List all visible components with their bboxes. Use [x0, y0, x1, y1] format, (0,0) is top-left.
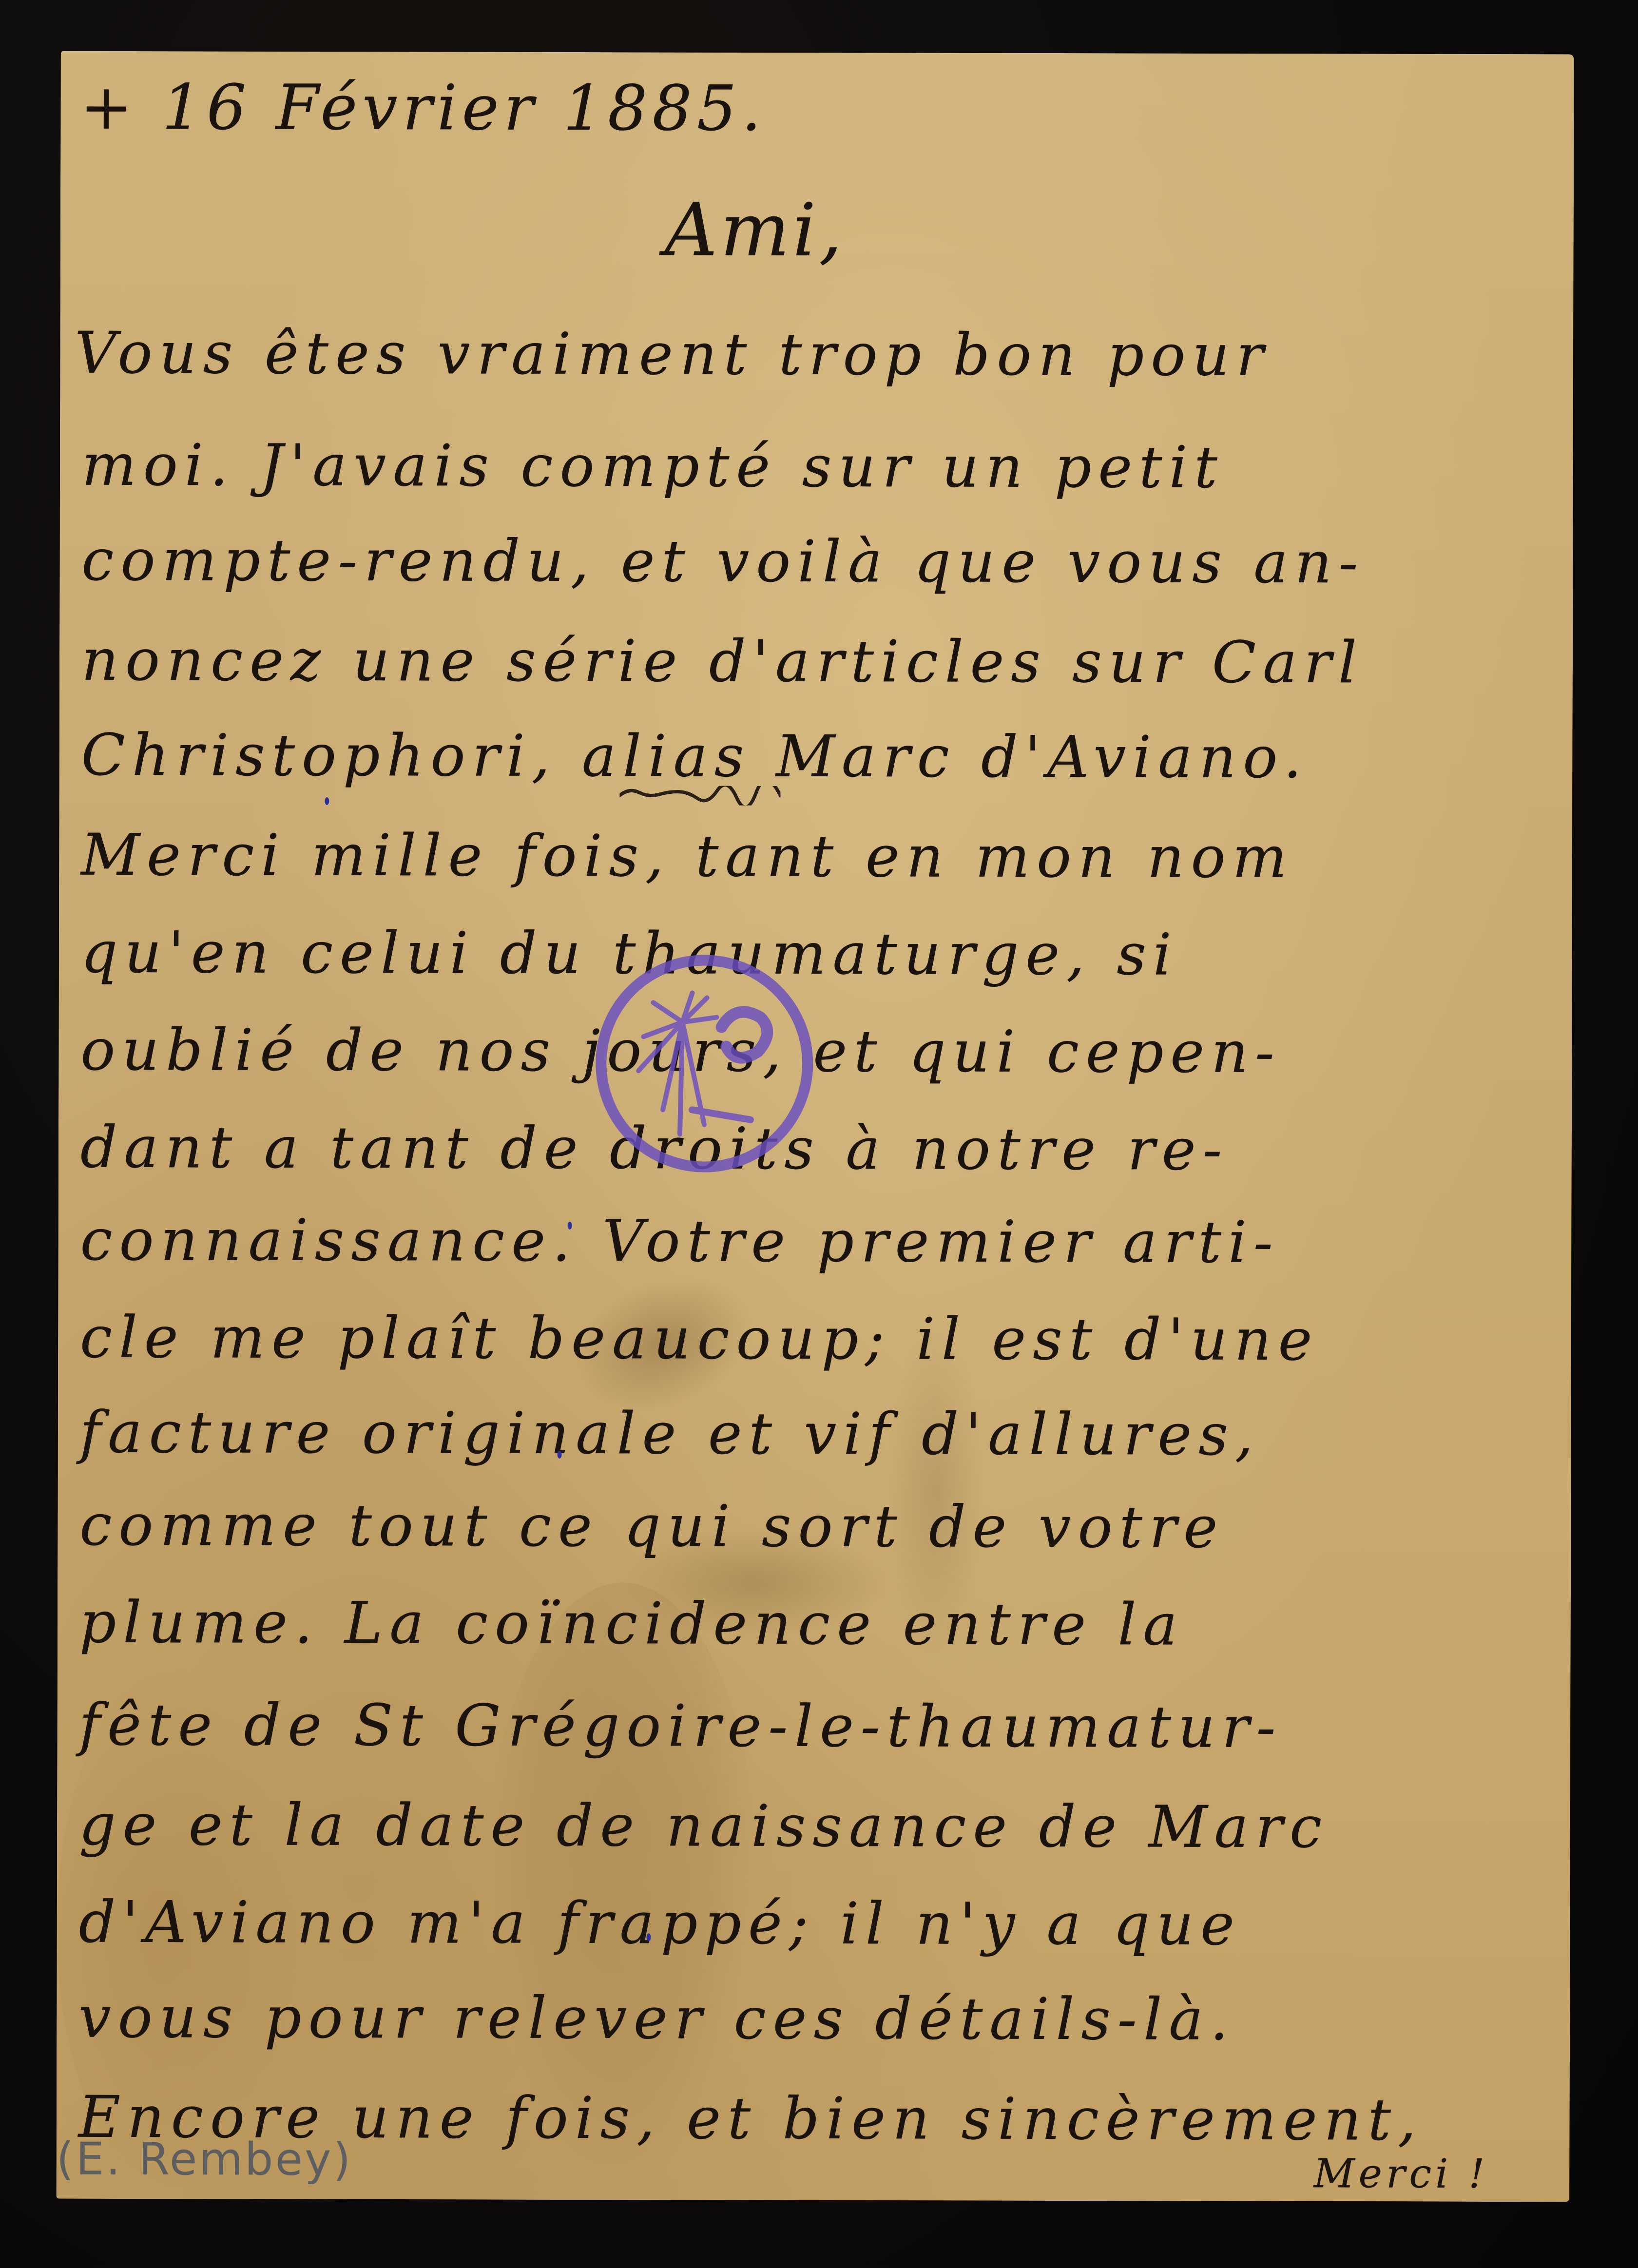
- letter-line: plume. La coïncidence entre la: [79, 1594, 1184, 1653]
- letter-line: facture originale et vif d'allures,: [80, 1403, 1260, 1463]
- letter-line: compte-rendu, et voilà que vous an-: [81, 531, 1365, 592]
- letter-salutation: Ami,: [665, 193, 846, 267]
- wavy-underline-icon: [619, 786, 780, 806]
- letter-line: cle me plaît beaucoup; il est d'une: [80, 1308, 1319, 1368]
- library-stamp-icon: [590, 949, 819, 1178]
- ink-speck: [646, 1933, 651, 1941]
- letter-line: vous pour relever ces détails-là.: [78, 1988, 1235, 2048]
- letter-line: ge et la date de naissance de Marc: [79, 1796, 1329, 1856]
- ink-speck: [558, 1451, 562, 1459]
- ink-speck: [568, 1222, 572, 1230]
- letter-line: Vous êtes vraiment trop bon pour: [75, 324, 1271, 384]
- ink-speck: [325, 797, 329, 805]
- letter-date: + 16 Février 1885.: [80, 77, 766, 140]
- letter-card: + 16 Février 1885. Ami, Vous êtes vraime…: [56, 51, 1574, 2202]
- letter-closing: Merci !: [1313, 2154, 1488, 2194]
- pencil-annotation: (E. Rembey): [56, 2137, 352, 2182]
- letter-line: Christophori, alias Marc d'Aviano.: [81, 726, 1308, 786]
- letter-line: Merci mille fois, tant en mon nom: [81, 826, 1294, 886]
- letter-line: fête de St Grégoire-le-thaumatur-: [79, 1696, 1282, 1756]
- letter-line: moi. J'avais compté sur un petit: [82, 436, 1224, 496]
- letter-line: d'Aviano m'a frappé; il n'y a que: [78, 1893, 1241, 1953]
- letter-line: connaissance. Votre premier arti-: [80, 1211, 1279, 1271]
- letter-line: comme tout ce qui sort de votre: [79, 1496, 1224, 1556]
- letter-line: noncez une série d'articles sur Carl: [81, 631, 1364, 692]
